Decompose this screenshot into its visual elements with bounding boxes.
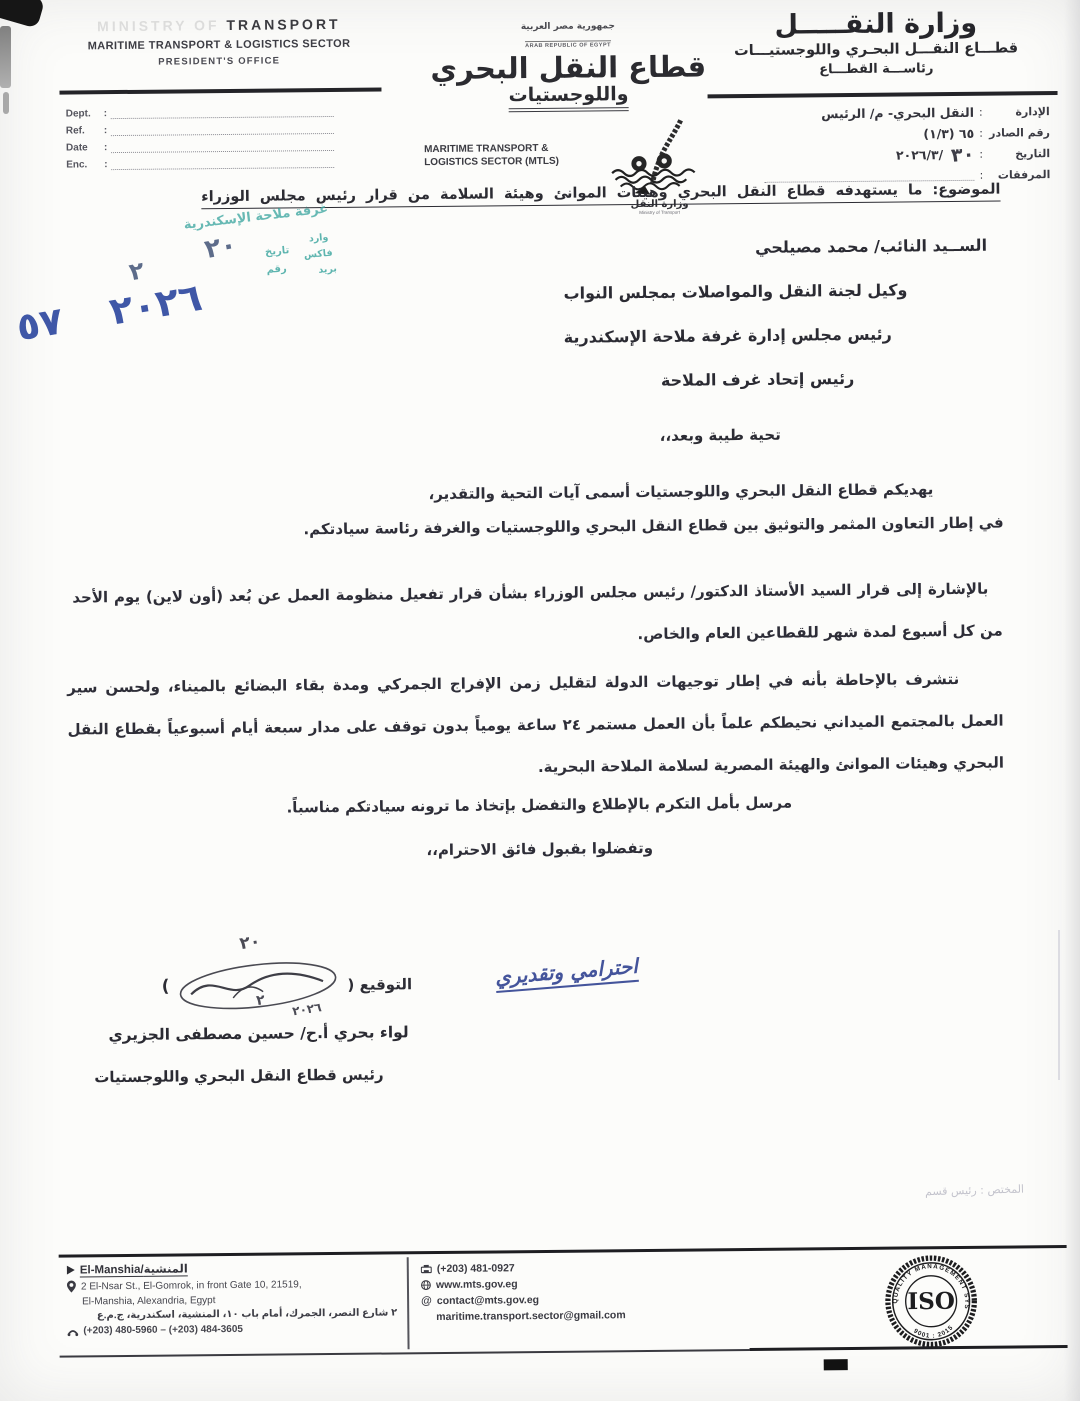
address-line-1: 2 El-Nsar St., El-Gomrok, in front Gate … [81, 1279, 302, 1292]
body-paragraph-4: نتشرف بالإحاطة بأنه في إطار توجيهات الدو… [67, 658, 1004, 793]
specialist-note: المختص : رئيس قسم [925, 1183, 1024, 1199]
recipient-title-1: وكيل لجنة النقل والمواصلات بمجلس النواب [563, 280, 907, 302]
header-rule-right [708, 91, 1058, 98]
stamp-handwritten-number: ٢ [127, 256, 147, 286]
recipient-title-2: رئيس مجلس إدارة غرفة ملاحة الإسكندرية [564, 325, 892, 347]
letterhead-left: MINISTRY OF TRANSPORT MARITIME TRANSPORT… [53, 15, 385, 68]
sector-title-arabic: قطاع النقل البحري [423, 51, 713, 84]
footer-contact-block: (+203) 481-0927 www.mts.gov.eg @ contact… [421, 1260, 722, 1323]
dotted-line [765, 170, 975, 183]
signature-paren-close: ) [162, 977, 170, 997]
sector-line-en: MARITIME TRANSPORT & LOGISTICS SECTOR [53, 37, 385, 52]
dotted-line [111, 155, 334, 170]
triangle-marker-icon [67, 1265, 75, 1274]
body-paragraph-5: مرسل بأمل التكرم بالإطلاع والتفضل بإتخاذ… [74, 780, 1004, 831]
reference-form-en: Dept.: Ref.: Date: Enc.: [66, 100, 335, 171]
form-row-ref: Ref.: [66, 117, 334, 137]
signature-label: التوقيع ( [347, 975, 412, 994]
at-sign-icon: @ [421, 1295, 432, 1307]
ministry-arabic: وزارة النقـــــل [695, 7, 1057, 41]
republic-english: ARAB REPUBLIC OF EGYPT [525, 40, 611, 49]
dotted-line [111, 138, 334, 153]
signature-row: التوقيع ( ) [126, 945, 413, 1026]
email-address-2: maritime.transport.sector@gmail.com [436, 1309, 625, 1323]
iso-seal: QUALITY MANAGEMENT SYSTEM 9001 : 2015 IS… [883, 1253, 980, 1354]
address-arabic: ٢ شارع النصر، الجمرك، أمام باب ١٠، المنش… [67, 1307, 403, 1321]
letterhead-right: وزارة النقـــــل قطـــاع النقـــل البحـر… [695, 7, 1058, 78]
handwritten-day: ٣٠ [950, 143, 975, 167]
stamp-number-label: رقم [266, 263, 287, 276]
header-rule-left [59, 88, 381, 95]
form-row-dept: Dept.: [66, 100, 334, 120]
handwritten-sig-inner: ٢ [255, 992, 265, 1009]
handwritten-courtesy-note: احترامي وتقديري [427, 954, 638, 995]
sector-arabic: قطـــاع النقـــل البحـري واللوجستيـــات [695, 40, 1057, 59]
address-line-2: El-Manshia, Alexandria, Egypt [82, 1295, 216, 1307]
ministry-logo: وزارة النقل Ministry of Transport [604, 119, 715, 216]
recipient-name: الســيد النائب/ محمد مصيلحي [755, 236, 987, 257]
office-line-en: PRESIDENT'S OFFICE [53, 54, 385, 68]
signatory-title: رئيس قطاع النقل البحري واللوجستيات [89, 1065, 389, 1086]
logo-caption-english: Ministry of Transport [605, 210, 715, 216]
website-url: www.mts.gov.eg [436, 1278, 518, 1291]
outgoing-number-value: ٦٥ (١/٣) [923, 126, 974, 141]
dotted-line [111, 104, 334, 119]
branch-name: El-Manshia/المنشية [80, 1261, 188, 1276]
footer-divider [407, 1257, 410, 1349]
stamp-org-name: غرفة ملاحة الإسكندرية [71, 201, 329, 245]
stamp-handwritten-date: ٢٠ [203, 230, 240, 265]
administration-value: النقل البحري- م/ الرئيس [821, 105, 974, 121]
stamp-mail-label: بريد [318, 263, 337, 275]
body-paragraph-3: بالإشارة إلى قرار السيد الأستاذ الدكتور/… [72, 568, 1003, 661]
handwritten-serial: ٥٧ [13, 298, 66, 349]
fax-number: (+203) 481-0927 [437, 1262, 515, 1275]
stamp-date-label: تاريخ [265, 245, 290, 258]
recipient-title-3: رئيس إتحاد غرف الملاحة [661, 369, 855, 390]
dotted-line [111, 121, 334, 136]
body-paragraph-2: في إطار التعاون المثمر والتوثيق بين قطاع… [303, 502, 1004, 551]
fax-icon [421, 1264, 432, 1274]
form-row-enc: Enc.: [66, 151, 334, 171]
footer-rule-bottom-left [60, 1349, 750, 1357]
presidency-arabic: رئاســـة القطـــاع [695, 60, 1057, 78]
email-address: contact@mts.gov.eg [437, 1294, 539, 1307]
signatory-name: لواء بحري أ.ح/ حسين مصطفى الجزيري [100, 1023, 416, 1044]
stamp-incoming-label: وارد [308, 232, 328, 245]
sector-title-arabic-2: واللوجستيات [508, 84, 628, 113]
phone-numbers: (+203) 480-5960 – (+203) 484-3605 [83, 1324, 243, 1337]
globe-icon [421, 1280, 431, 1290]
sector-title-english: MARITIME TRANSPORT & LOGISTICS SECTOR (M… [424, 142, 559, 169]
iso-center-text: ISO [907, 1288, 955, 1315]
iso-9001-seal-icon: QUALITY MANAGEMENT SYSTEM 9001 : 2015 IS… [883, 1253, 980, 1350]
ministry-line-en: MINISTRY OF TRANSPORT [53, 15, 385, 34]
greeting: تحية طيبة وبعد،، [660, 426, 781, 445]
closing-salutation: وتفضلوا بقبول فائق الاحترام،، [75, 824, 1005, 875]
redaction-mark [824, 1359, 848, 1370]
footer-address-block: El-Manshia/المنشية 2 El-Nsar St., El-Gom… [67, 1259, 404, 1336]
location-pin-icon [67, 1280, 76, 1292]
stamp-fax-label: فاكس [304, 248, 334, 261]
reference-form-ar: الإدارة: النقل البحري- م/ الرئيس رقم الص… [720, 101, 1051, 188]
scanned-letter-page: MINISTRY OF TRANSPORT MARITIME TRANSPORT… [0, 0, 1080, 1401]
phone-icon [67, 1326, 78, 1336]
form-row-date: Date: [66, 134, 334, 154]
date-value: ٢٠٢٦/٣/ ٣٠ [896, 143, 975, 166]
